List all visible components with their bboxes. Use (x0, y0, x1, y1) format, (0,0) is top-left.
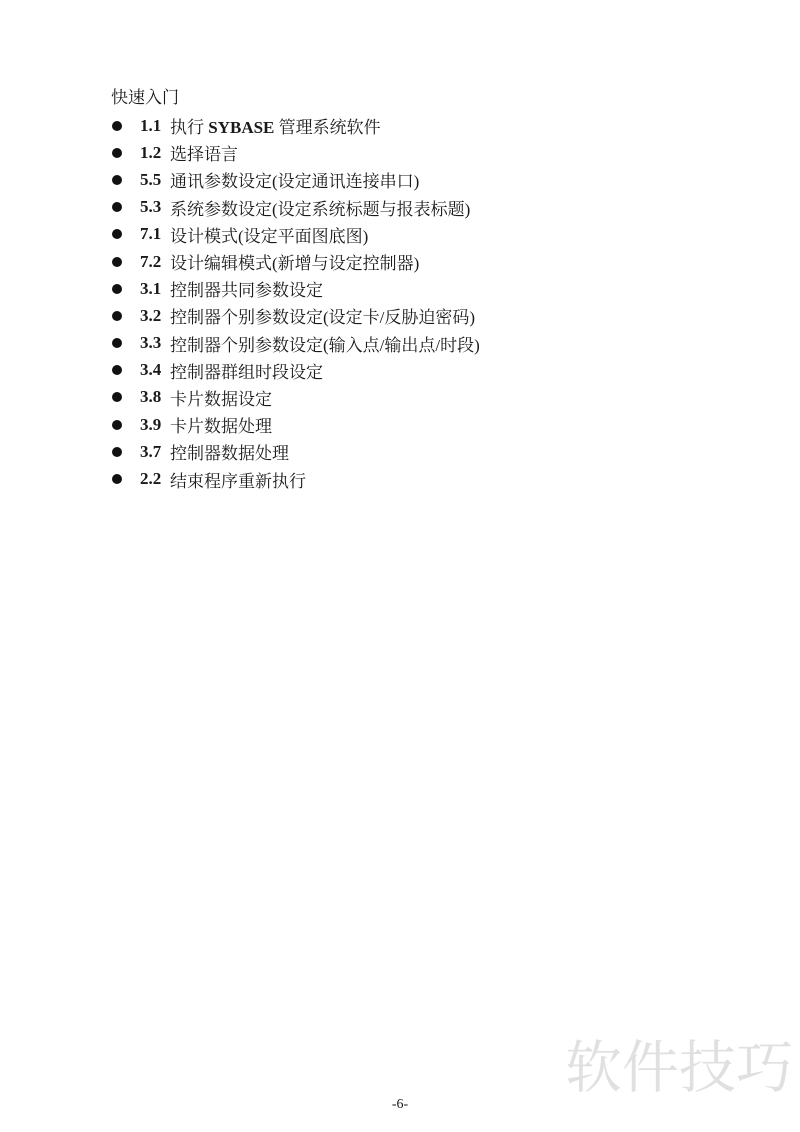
item-text-pre: 通讯参数设定(设定通讯连接串口) (170, 172, 419, 191)
item-text-pre: 控制器群组时段设定 (170, 363, 323, 382)
page-title: 快速入门 (111, 88, 179, 108)
list-item: 7.2 设计编辑模式(新增与设定控制器) (112, 248, 480, 275)
page-number: -6- (0, 1096, 800, 1113)
list-item: 3.2 控制器个别参数设定(设定卡/反胁迫密码) (112, 302, 480, 329)
item-number: 3.8 (140, 387, 170, 407)
item-text-pre: 系统参数设定(设定系统标题与报表标题) (170, 200, 470, 219)
bullet-icon (112, 202, 122, 212)
bullet-icon (112, 420, 122, 430)
bullet-icon (112, 365, 122, 375)
bullet-icon (112, 257, 122, 267)
item-number: 3.7 (140, 442, 170, 462)
item-text: 选择语言 (170, 140, 238, 165)
item-text-pre: 控制器个别参数设定(输入点/输出点/时段) (170, 336, 480, 355)
item-text: 控制器共同参数设定 (170, 276, 323, 301)
item-text-pre: 控制器共同参数设定 (170, 281, 323, 300)
item-text: 卡片数据处理 (170, 412, 272, 437)
list-item: 1.2 选择语言 (112, 139, 480, 166)
item-text-pre: 控制器数据处理 (170, 444, 289, 463)
bullet-icon (112, 447, 122, 457)
item-text-pre: 设计编辑模式(新增与设定控制器) (170, 254, 419, 273)
item-number: 5.5 (140, 170, 170, 190)
bullet-icon (112, 121, 122, 131)
item-number: 7.1 (140, 224, 170, 244)
document-page: 快速入门 1.1 执行 SYBASE 管理系统软件 1.2 选择语言 5.5 通… (0, 0, 800, 1132)
list-item: 5.5 通讯参数设定(设定通讯连接串口) (112, 166, 480, 193)
item-number: 2.2 (140, 469, 170, 489)
item-text-pre: 卡片数据设定 (170, 390, 272, 409)
item-text-pre: 结束程序重新执行 (170, 472, 306, 491)
item-text-pre: 卡片数据处理 (170, 417, 272, 436)
list-item: 3.3 控制器个别参数设定(输入点/输出点/时段) (112, 330, 480, 357)
item-text: 结束程序重新执行 (170, 467, 306, 492)
item-number: 5.3 (140, 197, 170, 217)
item-number: 3.2 (140, 306, 170, 326)
item-text: 执行 SYBASE 管理系统软件 (170, 113, 381, 138)
bullet-icon (112, 392, 122, 402)
item-text: 控制器群组时段设定 (170, 358, 323, 383)
item-text: 设计编辑模式(新增与设定控制器) (170, 249, 419, 274)
item-text-pre: 控制器个别参数设定(设定卡/反胁迫密码) (170, 308, 475, 327)
list-item: 3.1 控制器共同参数设定 (112, 275, 480, 302)
list-item: 3.4 控制器群组时段设定 (112, 357, 480, 384)
bullet-icon (112, 175, 122, 185)
list-item: 3.9 卡片数据处理 (112, 411, 480, 438)
bullet-icon (112, 229, 122, 239)
list-item: 5.3 系统参数设定(设定系统标题与报表标题) (112, 194, 480, 221)
list-item: 1.1 执行 SYBASE 管理系统软件 (112, 112, 480, 139)
bullet-icon (112, 474, 122, 484)
list-item: 3.8 卡片数据设定 (112, 384, 480, 411)
item-text: 控制器个别参数设定(设定卡/反胁迫密码) (170, 303, 475, 328)
item-text: 系统参数设定(设定系统标题与报表标题) (170, 195, 470, 220)
bullet-icon (112, 284, 122, 294)
item-number: 3.3 (140, 333, 170, 353)
item-text-pre: 执行 (170, 118, 208, 137)
bullet-icon (112, 338, 122, 348)
bullet-icon (112, 311, 122, 321)
item-text: 卡片数据设定 (170, 385, 272, 410)
item-number: 3.1 (140, 279, 170, 299)
item-text-pre: 选择语言 (170, 145, 238, 164)
item-text: 控制器数据处理 (170, 439, 289, 464)
list-item: 3.7 控制器数据处理 (112, 438, 480, 465)
item-text-post: 管理系统软件 (274, 118, 380, 137)
item-text: 通讯参数设定(设定通讯连接串口) (170, 167, 419, 192)
quick-start-list: 1.1 执行 SYBASE 管理系统软件 1.2 选择语言 5.5 通讯参数设定… (112, 112, 480, 493)
item-number: 7.2 (140, 252, 170, 272)
item-number: 3.9 (140, 415, 170, 435)
bullet-icon (112, 148, 122, 158)
item-text: 设计模式(设定平面图底图) (170, 222, 368, 247)
item-text-emph: SYBASE (208, 118, 274, 137)
item-text-pre: 设计模式(设定平面图底图) (170, 227, 368, 246)
list-item: 7.1 设计模式(设定平面图底图) (112, 221, 480, 248)
item-number: 1.2 (140, 143, 170, 163)
watermark: 软件技巧 (565, 1040, 793, 1097)
item-text: 控制器个别参数设定(输入点/输出点/时段) (170, 331, 480, 356)
item-number: 1.1 (140, 116, 170, 136)
list-item: 2.2 结束程序重新执行 (112, 465, 480, 492)
item-number: 3.4 (140, 360, 170, 380)
